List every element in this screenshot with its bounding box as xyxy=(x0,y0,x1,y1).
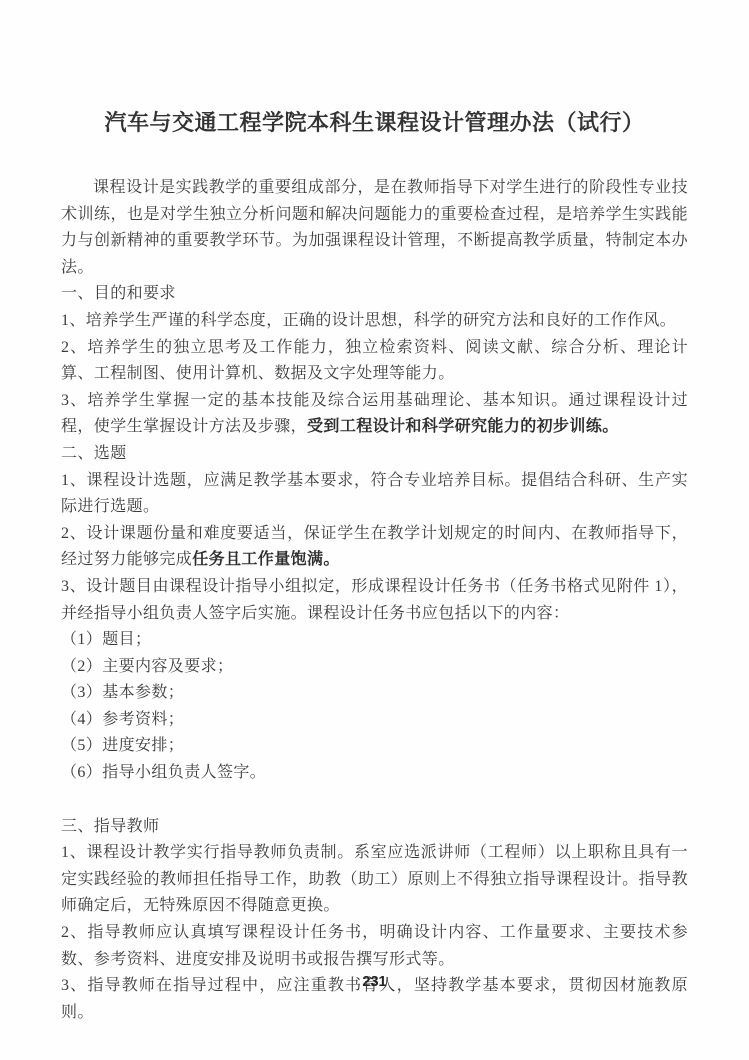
section-heading: 二、选题 xyxy=(61,441,688,468)
section-heading: 三、指导教师 xyxy=(61,814,688,841)
list-item: （3）基本参数； xyxy=(61,680,688,707)
item-text: 1、课程设计教学实行指导教师负责制。系室应选派讲师（工程师）以上职称且具有一定实… xyxy=(61,844,688,914)
item-text: （1）题目； xyxy=(61,631,151,648)
item-text: （5）进度安排； xyxy=(61,737,184,754)
document-title: 汽车与交通工程学院本科生课程设计管理办法（试行） xyxy=(61,108,688,138)
item-text: （2）主要内容及要求； xyxy=(61,658,233,675)
list-item: 2、培养学生的独立思考及工作能力，独立检索资料、阅读文献、综合分析、理论计算、工… xyxy=(61,335,688,388)
list-item: 1、课程设计选题，应满足教学基本要求，符合专业培养目标。提倡结合科研、生产实际进… xyxy=(61,468,688,521)
item-text: 1、课程设计选题，应满足教学基本要求，符合专业培养目标。提倡结合科研、生产实际进… xyxy=(61,472,688,516)
list-item: 3、培养学生掌握一定的基本技能及综合运用基础理论、基本知识。通过课程设计过程，使… xyxy=(61,388,688,441)
page-number: 231 xyxy=(0,974,749,990)
intro-paragraph: 课程设计是实践教学的重要组成部分，是在教师指导下对学生进行的阶段性专业技术训练，… xyxy=(61,175,688,281)
list-item: 1、培养学生严谨的科学态度，正确的设计思想，科学的研究方法和良好的工作作风。 xyxy=(61,308,688,335)
list-item: （2）主要内容及要求； xyxy=(61,654,688,681)
section-advisors: 三、指导教师 1、课程设计教学实行指导教师负责制。系室应选派讲师（工程师）以上职… xyxy=(61,814,688,1027)
item-text: 2、培养学生的独立思考及工作能力，独立检索资料、阅读文献、综合分析、理论计算、工… xyxy=(61,339,688,383)
section-topic-selection: 二、选题 1、课程设计选题，应满足教学基本要求，符合专业培养目标。提倡结合科研、… xyxy=(61,441,688,787)
list-item: 2、设计课题份量和难度要适当，保证学生在教学计划规定的时间内、在教师指导下，经过… xyxy=(61,521,688,574)
item-text: （6）指导小组负责人签字。 xyxy=(61,764,266,781)
item-emphasis: 受到工程设计和科学研究能力的初步训练。 xyxy=(307,418,619,435)
document-page: 汽车与交通工程学院本科生课程设计管理办法（试行） 课程设计是实践教学的重要组成部… xyxy=(0,0,749,1060)
item-emphasis: 任务且工作量饱满。 xyxy=(192,551,340,568)
item-text: 2、设计课题份量和难度要适当，保证学生在教学计划规定的时间内、在教师指导下，经过… xyxy=(61,525,688,569)
list-item: （4）参考资料； xyxy=(61,707,688,734)
item-text: 3、设计题目由课程设计指导小组拟定，形成课程设计任务书（任务书格式见附件 1），… xyxy=(61,578,688,622)
list-item: 3、设计题目由课程设计指导小组拟定，形成课程设计任务书（任务书格式见附件 1），… xyxy=(61,574,688,627)
list-item: （5）进度安排； xyxy=(61,733,688,760)
section-heading: 一、目的和要求 xyxy=(61,281,688,308)
item-text: （3）基本参数； xyxy=(61,684,184,701)
section-purpose: 一、目的和要求 1、培养学生严谨的科学态度，正确的设计思想，科学的研究方法和良好… xyxy=(61,281,688,441)
list-item: 1、课程设计教学实行指导教师负责制。系室应选派讲师（工程师）以上职称且具有一定实… xyxy=(61,840,688,920)
list-item: （1）题目； xyxy=(61,627,688,654)
item-text: 1、培养学生严谨的科学态度，正确的设计思想，科学的研究方法和良好的工作作风。 xyxy=(61,312,676,329)
item-text: 2、指导教师应认真填写课程设计任务书，明确设计内容、工作量要求、主要技术参数、参… xyxy=(61,924,688,968)
list-item: （6）指导小组负责人签字。 xyxy=(61,760,688,787)
item-text: （4）参考资料； xyxy=(61,711,184,728)
list-item: 2、指导教师应认真填写课程设计任务书，明确设计内容、工作量要求、主要技术参数、参… xyxy=(61,920,688,973)
